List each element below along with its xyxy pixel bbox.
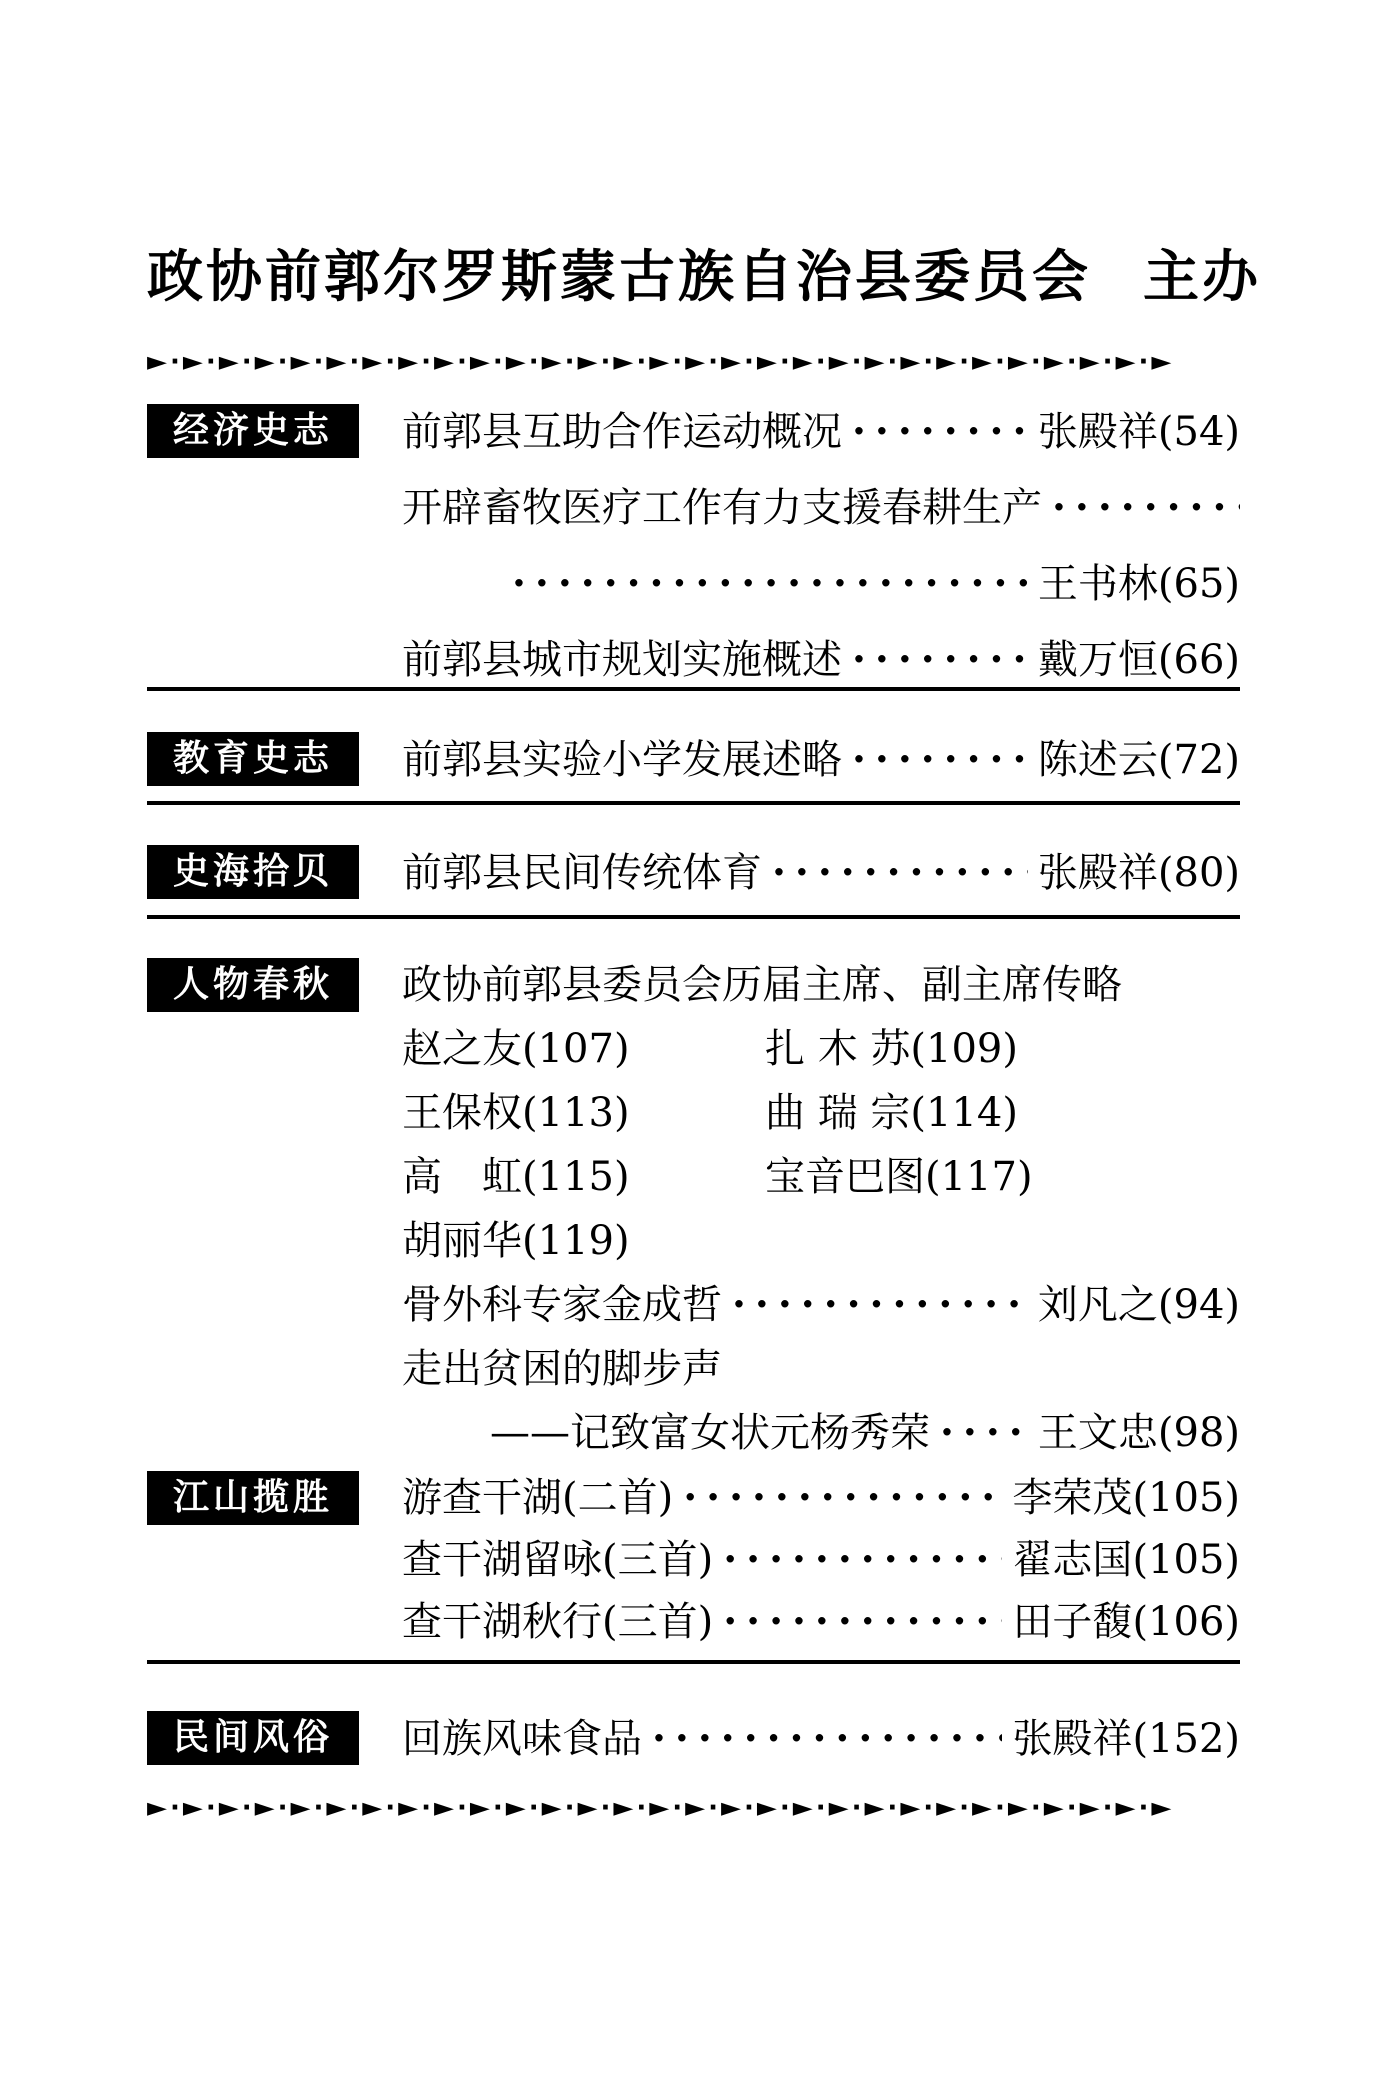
section-label: 史海拾贝	[147, 845, 359, 899]
dot-leader	[683, 1474, 1002, 1522]
toc-row-continuation: 王书林(65)	[402, 559, 1240, 609]
toc-entry-author-page: 翟志国(105)	[1012, 1536, 1240, 1584]
toc-entry-page: (105)	[1132, 1475, 1240, 1521]
section-rows: 前郭县实验小学发展述略 陈述云(72)	[402, 732, 1240, 785]
toc-row: 前郭县民间传统体育 张殿祥(80)	[402, 848, 1240, 898]
toc-entry-title: 开辟畜牧医疗工作有力支援春耕生产	[402, 483, 1042, 533]
toc-entry-title: 前郭县互助合作运动概况	[402, 407, 842, 457]
toc-entry-title: 查干湖留咏(三首)	[402, 1536, 713, 1584]
toc-entry-author: 王书林	[1038, 561, 1158, 607]
toc-entry-author-page: 李荣茂(105)	[1012, 1474, 1240, 1522]
toc-entry-author-page: 张殿祥(152)	[1012, 1714, 1240, 1764]
toc-name-left: 王保权(113)	[402, 1089, 765, 1137]
organizer-name: 政协前郭尔罗斯蒙古族自治县委员会	[147, 246, 1091, 310]
section-divider	[147, 687, 1240, 691]
ornament-border-top: ►·►·►·►·►·►·►·►·►·►·►·►·►·►·►·►·►·►·►·►·…	[147, 347, 1240, 377]
toc-entry-author-page: 戴万恒(66)	[1038, 635, 1240, 685]
toc-row: 开辟畜牧医疗工作有力支援春耕生产	[402, 483, 1240, 533]
toc-entry-title: 查干湖秋行(三首)	[402, 1598, 713, 1646]
section-divider	[147, 1660, 1240, 1664]
toc-row: 前郭县城市规划实施概述 戴万恒(66)	[402, 635, 1240, 685]
toc-row-subtitle-continuation: ——记致富女状元杨秀荣 王文忠(98)	[402, 1409, 1240, 1457]
toc-entry-page: (98)	[1158, 1410, 1240, 1456]
toc-entry-author: 翟志国	[1012, 1537, 1132, 1583]
toc-entry-author-page: 刘凡之(94)	[1038, 1281, 1240, 1329]
toc-entry-title: 回族风味食品	[402, 1714, 642, 1764]
section-folk-customs: 民间风俗 回族风味食品 张殿祥(152)	[147, 1711, 1240, 1765]
dot-leader	[723, 1536, 1002, 1584]
section-label: 教育史志	[147, 732, 359, 786]
toc-entry-page: (105)	[1132, 1537, 1240, 1583]
dot-leader	[852, 407, 1028, 457]
toc-entry-title: 游查干湖(二首)	[402, 1474, 673, 1522]
section-label: 民间风俗	[147, 1711, 359, 1765]
toc-name-right: 宝音巴图(117)	[765, 1153, 1240, 1201]
section-label: 经济史志	[147, 404, 359, 458]
toc-entry-page: (94)	[1158, 1282, 1240, 1328]
dot-leader	[1052, 483, 1240, 533]
toc-row-title-only: 走出贫困的脚步声	[402, 1345, 1240, 1393]
toc-row-name-pair: 赵之友(107) 扎 木 苏(109)	[402, 1025, 1240, 1073]
toc-entry-author-page: 王文忠(98)	[1038, 1409, 1240, 1457]
dot-leader	[512, 559, 1028, 609]
section-people-chronicles: 人物春秋 政协前郭县委员会历届主席、副主席传略 赵之友(107) 扎 木 苏(1…	[147, 958, 1240, 1473]
toc-entry-author-page: 张殿祥(80)	[1038, 848, 1240, 898]
toc-entry-author: 刘凡之	[1038, 1282, 1158, 1328]
toc-row-subtitle: 政协前郭县委员会历届主席、副主席传略	[402, 961, 1240, 1009]
toc-row-name-pair: 王保权(113) 曲 瑞 宗(114)	[402, 1089, 1240, 1137]
toc-row: 游查干湖(二首) 李荣茂(105)	[402, 1474, 1240, 1522]
toc-name-left: 高 虹(115)	[402, 1153, 765, 1201]
toc-row: 前郭县互助合作运动概况 张殿祥(54)	[402, 407, 1240, 457]
toc-entry-author: 陈述云	[1038, 737, 1158, 783]
toc-entry-title: 骨外科专家金成哲	[402, 1281, 722, 1329]
section-rows: 政协前郭县委员会历届主席、副主席传略 赵之友(107) 扎 木 苏(109) 王…	[402, 958, 1240, 1473]
toc-name-left: 赵之友(107)	[402, 1025, 765, 1073]
toc-row: 骨外科专家金成哲 刘凡之(94)	[402, 1281, 1240, 1329]
section-divider	[147, 801, 1240, 805]
toc-entry-page: (65)	[1158, 561, 1240, 607]
dot-leader	[723, 1598, 1002, 1646]
toc-entry-author: 田子馥	[1012, 1599, 1132, 1645]
toc-entry-author-page: 张殿祥(54)	[1038, 407, 1240, 457]
toc-entry-author: 张殿祥	[1038, 850, 1158, 896]
toc-entry-page: (66)	[1158, 637, 1240, 683]
toc-entry-title: ——记致富女状元杨秀荣	[490, 1409, 930, 1457]
toc-entry-author: 王文忠	[1038, 1410, 1158, 1456]
section-rows: 前郭县民间传统体育 张殿祥(80)	[402, 845, 1240, 898]
scanned-page: 政协前郭尔罗斯蒙古族自治县委员会 主办 ►·►·►·►·►·►·►·►·►·►·…	[0, 0, 1382, 2073]
toc-entry-author-page: 田子馥(106)	[1012, 1598, 1240, 1646]
toc-entry-author-page: 陈述云(72)	[1038, 735, 1240, 785]
dot-leader	[852, 735, 1028, 785]
toc-entry-author: 张殿祥	[1038, 409, 1158, 455]
section-rows: 回族风味食品 张殿祥(152)	[402, 1711, 1240, 1764]
toc-entry-author-page: 王书林(65)	[1038, 559, 1240, 609]
section-rows: 前郭县互助合作运动概况 张殿祥(54) 开辟畜牧医疗工作有力支援春耕生产 王书林…	[402, 404, 1240, 685]
toc-entry-title: 前郭县民间传统体育	[402, 848, 762, 898]
section-economic-history: 经济史志 前郭县互助合作运动概况 张殿祥(54) 开辟畜牧医疗工作有力支援春耕生…	[147, 404, 1240, 685]
section-divider	[147, 915, 1240, 919]
toc-entry-page: (80)	[1158, 850, 1240, 896]
dot-leader	[940, 1409, 1028, 1457]
section-rows: 游查干湖(二首) 李荣茂(105) 查干湖留咏(三首) 翟志国(105) 查干湖…	[402, 1471, 1240, 1660]
toc-name-right: 扎 木 苏(109)	[765, 1025, 1240, 1073]
section-label: 人物春秋	[147, 958, 359, 1012]
section-label: 江山揽胜	[147, 1471, 359, 1525]
toc-entry-author: 张殿祥	[1012, 1716, 1132, 1762]
toc-row: 查干湖秋行(三首) 田子馥(106)	[402, 1598, 1240, 1646]
toc-row-name-pair: 高 虹(115) 宝音巴图(117)	[402, 1153, 1240, 1201]
toc-row: 前郭县实验小学发展述略 陈述云(72)	[402, 735, 1240, 785]
toc-entry-page: (152)	[1132, 1716, 1240, 1762]
toc-entry-title: 前郭县城市规划实施概述	[402, 635, 842, 685]
dot-leader	[772, 848, 1028, 898]
section-scenic-views: 江山揽胜 游查干湖(二首) 李荣茂(105) 查干湖留咏(三首) 翟志国(105…	[147, 1471, 1240, 1660]
dot-leader	[852, 635, 1028, 685]
toc-entry-page: (72)	[1158, 737, 1240, 783]
section-history-gems: 史海拾贝 前郭县民间传统体育 张殿祥(80)	[147, 845, 1240, 899]
toc-entry-title: 前郭县实验小学发展述略	[402, 735, 842, 785]
section-education-history: 教育史志 前郭县实验小学发展述略 陈述云(72)	[147, 732, 1240, 786]
ornament-border-bottom: ►·►·►·►·►·►·►·►·►·►·►·►·►·►·►·►·►·►·►·►·…	[147, 1793, 1240, 1823]
dot-leader	[652, 1714, 1002, 1764]
toc-row-name-single: 胡丽华(119)	[402, 1217, 1240, 1265]
organizer-role: 主办	[1143, 246, 1261, 310]
toc-entry-author: 戴万恒	[1038, 637, 1158, 683]
toc-entry-page: (54)	[1158, 409, 1240, 455]
dot-leader	[732, 1281, 1028, 1329]
toc-entry-page: (106)	[1132, 1599, 1240, 1645]
toc-entry-author: 李荣茂	[1012, 1475, 1132, 1521]
masthead-title: 政协前郭尔罗斯蒙古族自治县委员会 主办	[147, 246, 1240, 310]
toc-row: 回族风味食品 张殿祥(152)	[402, 1714, 1240, 1764]
toc-row: 查干湖留咏(三首) 翟志国(105)	[402, 1536, 1240, 1584]
toc-name-right: 曲 瑞 宗(114)	[765, 1089, 1240, 1137]
